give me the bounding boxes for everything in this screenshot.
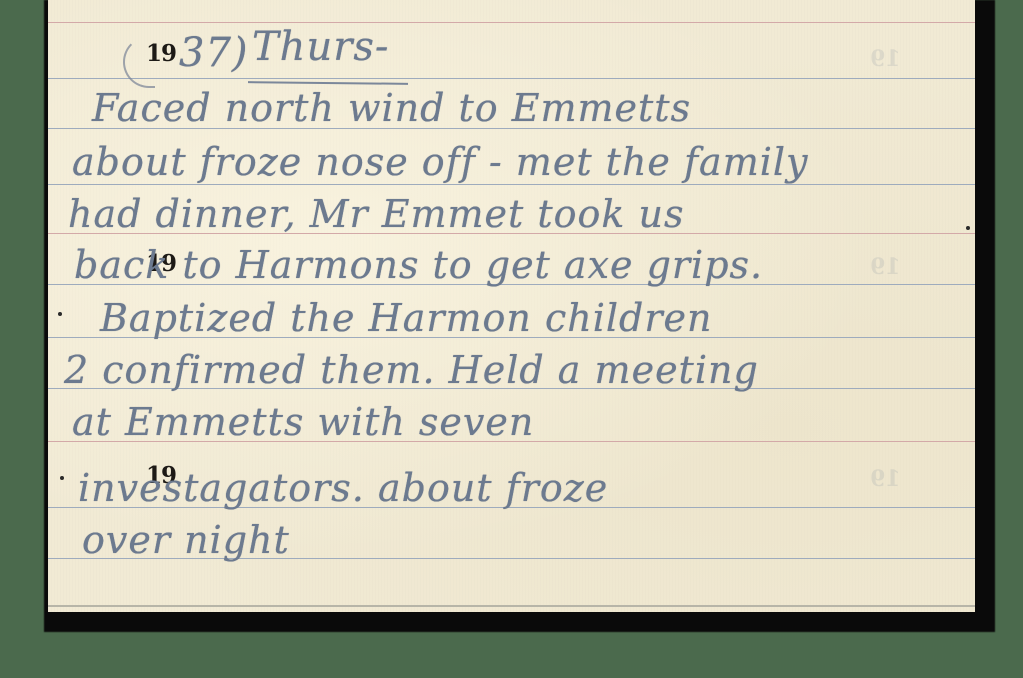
entry-line: at Emmetts with seven — [72, 400, 534, 444]
entry-line: had dinner, Mr Emmet took us — [68, 192, 685, 236]
ink-dot — [58, 312, 62, 316]
ruled-line — [48, 184, 975, 185]
ink-dot — [966, 226, 970, 230]
ruled-line — [48, 78, 975, 79]
entry-day: Thurs- — [252, 24, 389, 70]
ink-dot — [60, 476, 64, 480]
bleed-through-year: 19 — [870, 466, 901, 492]
entry-year-suffix: 37) — [179, 30, 249, 76]
entry-line: Faced north wind to Emmetts — [92, 86, 691, 130]
entry-line: Baptized the Harmon children — [100, 296, 713, 340]
entry-line: over night — [82, 518, 290, 562]
printed-year-stamp: 19 — [146, 40, 176, 67]
bleed-through-year: 19 — [870, 46, 901, 72]
day-underline — [248, 81, 408, 85]
bleed-through-year: 19 — [870, 254, 901, 280]
ruled-line — [48, 22, 975, 23]
entry-line: back to Harmons to get axe grips. — [74, 243, 763, 287]
card-bottom-edge — [48, 605, 975, 607]
diary-card: 19 19 19 19 19 19 37) Thurs- Faced north… — [48, 0, 975, 612]
entry-line: investagators. about froze — [78, 466, 608, 510]
entry-line: about froze nose off - met the family — [72, 140, 809, 184]
entry-line: 2 confirmed them. Held a meeting — [64, 348, 759, 392]
scan-stage: 19 19 19 19 19 19 37) Thurs- Faced north… — [0, 0, 1023, 678]
